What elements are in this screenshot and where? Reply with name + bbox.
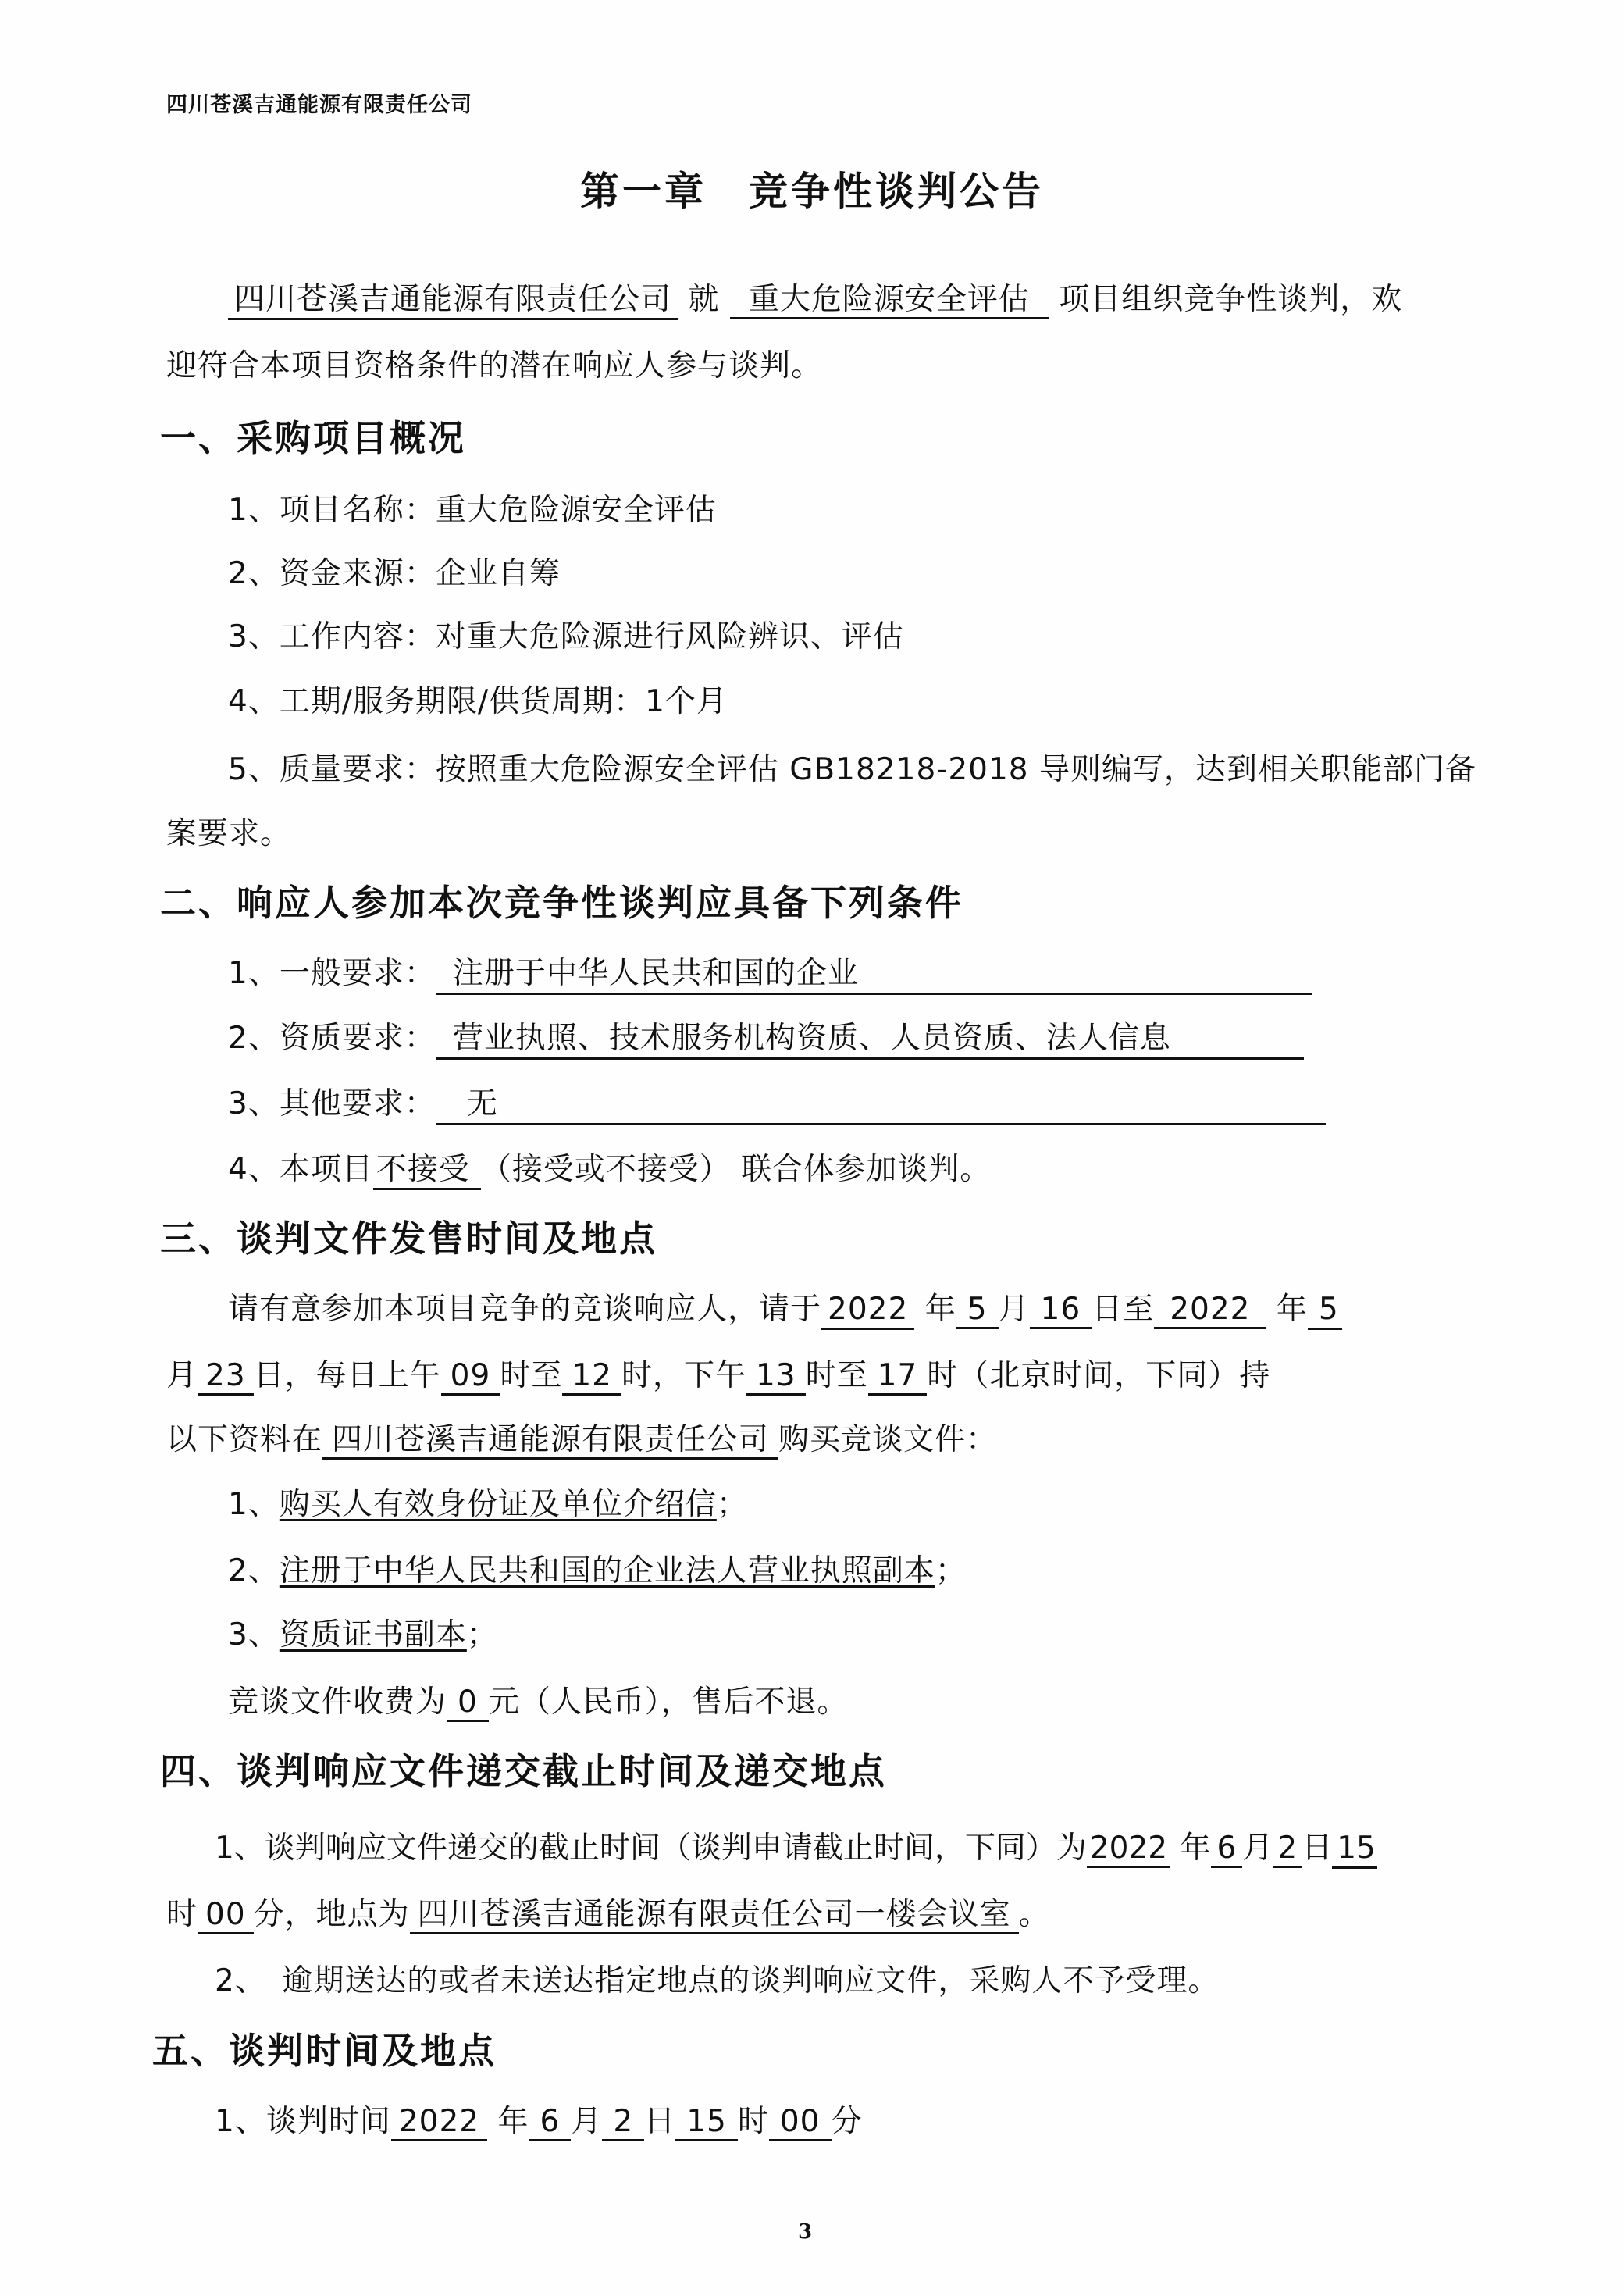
sale-location: 四川苍溪吉通能源有限责任公司 [322,1422,778,1460]
section-5-heading: 五、谈判时间及地点 [152,2023,497,2074]
page-header-company: 四川苍溪吉通能源有限责任公司 [166,87,472,118]
page-number: 3 [798,2220,812,2244]
s3-fee: 竞谈文件收费为0元（人民币），售后不退。 [228,1677,848,1721]
s3-doc-3: 3、资质证书副本； [228,1610,498,1654]
s2-item-3: 3、其他要求：无 [228,1079,1326,1125]
s1-item-5-line-1: 5、质量要求：按照重大危险源安全评估 GB18218-2018 导则编写，达到相… [228,745,1476,789]
s5-negotiation-time: 1、谈判时间2022 年6月2日15时00分 [215,2097,863,2141]
general-requirement: 注册于中华人民共和国的企业 [436,949,1312,995]
document-page: 四川苍溪吉通能源有限责任公司 第一章 竞争性谈判公告 四川苍溪吉通能源有限责任公… [0,0,1624,2296]
section-3-heading: 三、谈判文件发售时间及地点 [160,1210,657,1262]
s1-item-1: 1、项目名称：重大危险源安全评估 [228,486,717,529]
s1-item-5-line-2: 案要求。 [166,809,291,853]
s4-deadline-line-1: 1、谈判响应文件递交的截止时间（谈判申请截止时间，下同）为2022 年6月2日1… [215,1824,1377,1867]
chapter-title: 第一章 竞争性谈判公告 [0,160,1624,216]
s3-sale-period-line-1: 请有意参加本项目竞争的竞谈响应人，请于2022 年5月16日至2022 年5 [228,1285,1342,1328]
other-requirement: 无 [436,1079,1326,1125]
s4-deadline-line-2: 时00分，地点为四川苍溪吉通能源有限责任公司一楼会议室。 [166,1890,1050,1934]
document-fee: 0 [447,1685,489,1722]
qualification-requirement: 营业执照、技术服务机构资质、人员资质、法人信息 [436,1014,1304,1060]
s4-late-submission: 2、 逾期送达的或者未送达指定地点的谈判响应文件，采购人不予受理。 [215,1956,1219,2000]
section-2-heading: 二、响应人参加本次竞争性谈判应具备下列条件 [160,875,963,926]
s1-item-2: 2、资金来源：企业自筹 [228,549,561,593]
intro-line-1: 四川苍溪吉通能源有限责任公司 就 重大危险源安全评估 项目组织竞争性谈判，欢 [228,275,1402,319]
s3-sale-period-line-2: 月23日，每日上午09时至12时，下午13时至17时（北京时间，下同）持 [166,1351,1270,1395]
s3-doc-2: 2、注册于中华人民共和国的企业法人营业执照副本； [228,1546,967,1590]
submission-location: 四川苍溪吉通能源有限责任公司一楼会议室 [410,1897,1019,1934]
section-1-heading: 一、采购项目概况 [160,410,466,462]
intro-line-2: 迎符合本项目资格条件的潜在响应人参与谈判。 [166,341,822,385]
project-name: 重大危险源安全评估 [730,282,1049,319]
s2-item-4: 4、本项目不接受（接受或不接受） 联合体参加谈判。 [228,1145,991,1189]
s3-sale-location: 以下资料在四川苍溪吉通能源有限责任公司购买竞谈文件： [166,1415,997,1459]
s3-doc-1: 1、购买人有效身份证及单位介绍信； [228,1480,748,1524]
s2-item-1: 1、一般要求：注册于中华人民共和国的企业 [228,949,1312,995]
s2-item-2: 2、资质要求：营业执照、技术服务机构资质、人员资质、法人信息 [228,1014,1304,1060]
consortium-acceptance: 不接受 [373,1152,481,1190]
section-4-heading: 四、谈判响应文件递交截止时间及递交地点 [160,1743,887,1795]
s1-item-4: 4、工期/服务期限/供货周期：1个月 [228,677,728,721]
s1-item-3: 3、工作内容：对重大危险源进行风险辨识、评估 [228,612,904,656]
purchaser-name: 四川苍溪吉通能源有限责任公司 [228,282,678,320]
